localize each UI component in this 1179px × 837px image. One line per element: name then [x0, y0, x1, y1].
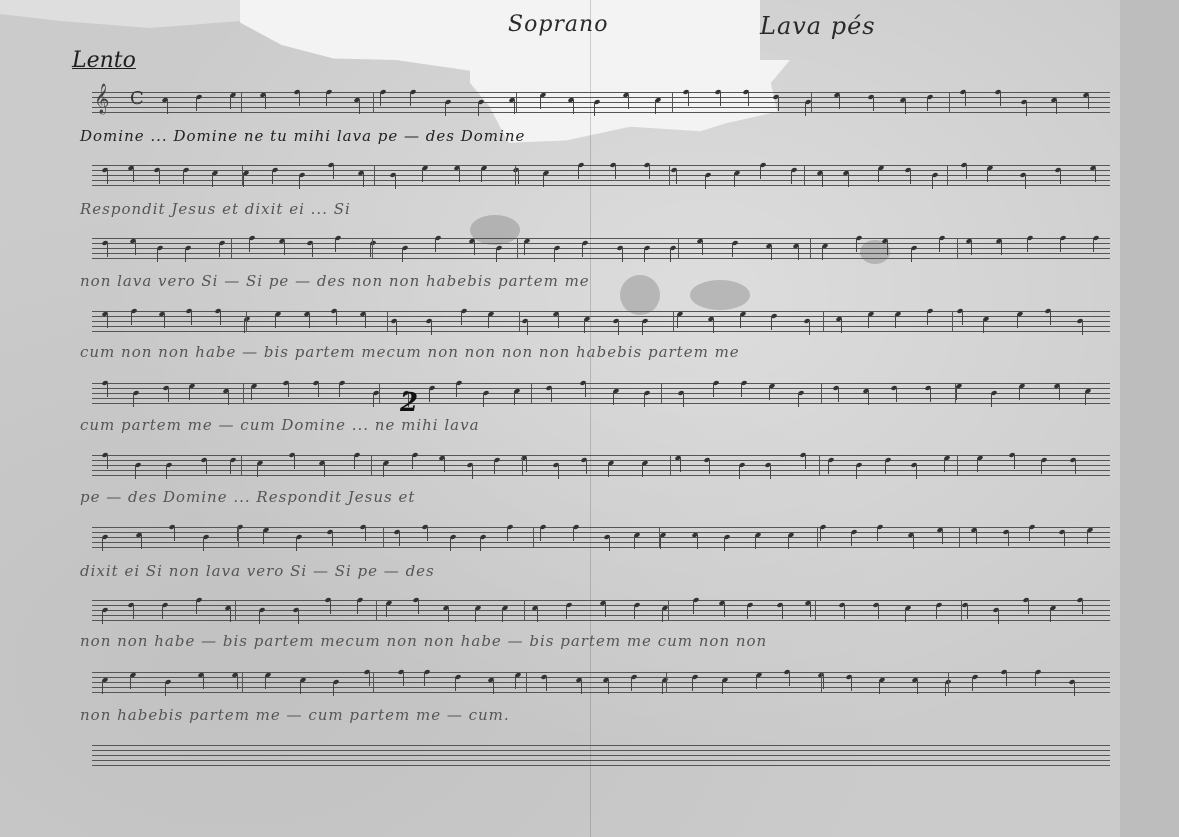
staff-5 — [92, 383, 1110, 403]
staff-line — [92, 692, 1110, 693]
note-stem — [1064, 532, 1065, 546]
note-stem — [878, 605, 879, 619]
note-stem — [713, 319, 714, 333]
note-stem — [740, 314, 741, 328]
note-stem — [365, 314, 366, 328]
note-stem — [475, 608, 476, 622]
note-stem — [203, 537, 204, 551]
barline — [666, 672, 667, 693]
lyric-line-5: cum partem me — cum Domine ... ne mihi l… — [80, 416, 480, 434]
barline — [242, 165, 243, 186]
note-stem — [399, 532, 400, 546]
note-stem — [911, 248, 912, 262]
staff-1: 𝄞C — [92, 92, 1110, 112]
note-stem — [844, 605, 845, 619]
note-stem — [102, 610, 103, 624]
note-stem — [424, 672, 425, 686]
note-stem — [856, 238, 857, 252]
note-stem — [962, 311, 963, 325]
staff-line — [92, 537, 1110, 538]
barline — [246, 311, 247, 332]
note-stem — [403, 672, 404, 686]
lyric-line-4: cum non non habe — bis partem mecum non … — [80, 343, 740, 361]
note-stem — [936, 605, 937, 619]
note-stem — [107, 455, 108, 469]
barline — [241, 92, 242, 113]
note-stem — [756, 675, 757, 689]
note-stem — [769, 386, 770, 400]
staff-line — [92, 107, 1110, 108]
note-stem — [791, 170, 792, 184]
note-stem — [418, 600, 419, 614]
staff-line — [92, 102, 1110, 103]
note-stem — [942, 530, 943, 544]
note-stem — [383, 463, 384, 477]
barline — [235, 600, 236, 621]
note-stem — [705, 175, 706, 189]
note-stem — [496, 248, 497, 262]
note-stem — [688, 92, 689, 106]
note-stem — [474, 241, 475, 255]
note-stem — [203, 675, 204, 689]
note-stem — [448, 608, 449, 622]
note-stem — [1059, 386, 1060, 400]
staff-line — [92, 393, 1110, 394]
staff-line — [92, 165, 1110, 166]
note-stem — [1017, 314, 1018, 328]
barline — [661, 383, 662, 404]
note-stem — [265, 675, 266, 689]
note-stem — [410, 92, 411, 106]
note-stem — [660, 535, 661, 549]
note-stem — [206, 460, 207, 474]
note-stem — [868, 314, 869, 328]
staff-line — [92, 755, 1110, 756]
note-stem — [450, 537, 451, 551]
note-stem — [363, 173, 364, 187]
note-stem — [778, 97, 779, 111]
note-stem — [971, 241, 972, 255]
lyric-line-1: Domine ... Domine ne tu mihi lava pe — d… — [80, 127, 525, 145]
staff-line — [92, 672, 1110, 673]
note-stem — [288, 383, 289, 397]
note-stem — [724, 537, 725, 551]
note-stem — [755, 535, 756, 549]
note-stem — [230, 608, 231, 622]
note-stem — [693, 600, 694, 614]
note-stem — [373, 393, 374, 407]
ink-stain — [690, 280, 750, 310]
note-stem — [573, 100, 574, 114]
note-stem — [257, 463, 258, 477]
note-stem — [1085, 391, 1086, 405]
staff-line — [92, 745, 1110, 746]
note-stem — [514, 391, 515, 405]
note-stem — [930, 388, 931, 402]
lyric-line-2: Respondit Jesus et dixit ei ... Si — [80, 200, 351, 218]
note-stem — [515, 675, 516, 689]
note-stem — [1000, 92, 1001, 106]
note-stem — [608, 463, 609, 477]
note-stem — [734, 173, 735, 187]
part-name: Soprano — [508, 12, 608, 37]
note-stem — [585, 383, 586, 397]
note-stem — [822, 173, 823, 187]
note-stem — [220, 311, 221, 325]
note-stem — [618, 321, 619, 335]
note-stem — [702, 241, 703, 255]
note-stem — [336, 311, 337, 325]
staff-line — [92, 180, 1110, 181]
note-stem — [237, 675, 238, 689]
note-stem — [1001, 241, 1002, 255]
note-stem — [481, 168, 482, 182]
note-stem — [558, 465, 559, 479]
barline — [949, 92, 950, 113]
note-stem — [1093, 238, 1094, 252]
note-stem — [480, 537, 481, 551]
note-stem — [300, 680, 301, 694]
barline — [238, 527, 239, 548]
note-stem — [998, 610, 999, 624]
note-stem — [741, 383, 742, 397]
note-stem — [828, 460, 829, 474]
note-stem — [732, 243, 733, 257]
note-stem — [330, 600, 331, 614]
note-stem — [370, 243, 371, 257]
note-stem — [887, 241, 888, 255]
note-stem — [983, 319, 984, 333]
barline — [526, 672, 527, 693]
note-stem — [573, 527, 574, 541]
note-stem — [354, 455, 355, 469]
note-stem — [275, 314, 276, 328]
note-stem — [365, 527, 366, 541]
tempo-marking: Lento — [72, 48, 136, 73]
barline — [959, 527, 960, 548]
note-stem — [670, 248, 671, 262]
staff-line — [92, 398, 1110, 399]
barline — [519, 311, 520, 332]
note-stem — [578, 165, 579, 179]
barline — [242, 672, 243, 693]
note-stem — [558, 314, 559, 328]
staff-line — [92, 542, 1110, 543]
note-stem — [1056, 100, 1057, 114]
note-stem — [1088, 95, 1089, 109]
note-stem — [896, 388, 897, 402]
note-stem — [502, 608, 503, 622]
staff-3 — [92, 238, 1110, 258]
note-stem — [265, 95, 266, 109]
note-stem — [649, 165, 650, 179]
note-stem — [966, 165, 967, 179]
note-stem — [455, 677, 456, 691]
note-stem — [431, 321, 432, 335]
lyric-line-8: non non habe — bis partem mecum non non … — [80, 632, 767, 650]
note-stem — [551, 388, 552, 402]
note-stem — [107, 383, 108, 397]
barline — [371, 455, 372, 476]
note-stem — [1082, 600, 1083, 614]
note-stem — [848, 173, 849, 187]
note-stem — [939, 238, 940, 252]
torn-paper-hole — [470, 60, 790, 175]
note-stem — [1027, 238, 1028, 252]
staff-9 — [92, 672, 1110, 692]
barline — [376, 600, 377, 621]
note-stem — [747, 605, 748, 619]
note-stem — [527, 321, 528, 335]
note-stem — [333, 165, 334, 179]
note-stem — [107, 314, 108, 328]
note-stem — [851, 677, 852, 691]
note-stem — [582, 243, 583, 257]
barline — [522, 455, 523, 476]
note-stem — [135, 241, 136, 255]
note-stem — [102, 537, 103, 551]
note-stem — [1014, 455, 1015, 469]
barline — [821, 672, 822, 693]
barline — [515, 165, 516, 186]
note-stem — [692, 677, 693, 691]
note-stem — [605, 603, 606, 617]
barline — [817, 527, 818, 548]
note-stem — [478, 102, 479, 116]
staff-8 — [92, 600, 1110, 620]
note-stem — [839, 95, 840, 109]
staff-line — [92, 682, 1110, 683]
barline — [524, 600, 525, 621]
note-stem — [991, 393, 992, 407]
note-stem — [131, 311, 132, 325]
note-stem — [445, 102, 446, 116]
staff-line — [92, 610, 1110, 611]
note-stem — [1075, 460, 1076, 474]
note-stem — [932, 175, 933, 189]
note-stem — [628, 95, 629, 109]
note-stem — [326, 92, 327, 106]
note-stem — [543, 173, 544, 187]
barline — [241, 455, 242, 476]
note-stem — [244, 319, 245, 333]
note-stem — [680, 458, 681, 472]
note-stem — [249, 238, 250, 252]
note-stem — [584, 319, 585, 333]
lyric-line-7: dixit ei Si non lava vero Si — Si pe — d… — [80, 562, 435, 580]
note-stem — [435, 238, 436, 252]
note-stem — [1050, 311, 1051, 325]
barline — [243, 383, 244, 404]
note-stem — [165, 682, 166, 696]
note-stem — [782, 605, 783, 619]
note-stem — [1025, 175, 1026, 189]
note-stem — [259, 610, 260, 624]
barline — [815, 600, 816, 621]
note-stem — [822, 246, 823, 260]
note-stem — [518, 170, 519, 184]
note-stem — [369, 672, 370, 686]
barline — [531, 383, 532, 404]
note-stem — [1041, 460, 1042, 474]
note-stem — [357, 600, 358, 614]
note-stem — [634, 605, 635, 619]
note-stem — [608, 680, 609, 694]
note-stem — [677, 314, 678, 328]
note-stem — [219, 243, 220, 257]
note-stem — [581, 680, 582, 694]
barline — [373, 92, 374, 113]
barline — [516, 92, 517, 113]
barline — [948, 672, 949, 693]
barline — [821, 383, 822, 404]
note-stem — [856, 465, 857, 479]
note-stem — [540, 527, 541, 541]
note-stem — [823, 675, 824, 689]
note-stem — [162, 605, 163, 619]
note-stem — [299, 175, 300, 189]
staff-7 — [92, 527, 1110, 547]
note-stem — [956, 386, 957, 400]
staff-6 — [92, 455, 1110, 475]
note-stem — [526, 458, 527, 472]
note-stem — [359, 100, 360, 114]
lyric-line-9: non habebis partem me — cum partem me — … — [80, 706, 510, 724]
staff-line — [92, 750, 1110, 751]
note-stem — [318, 383, 319, 397]
staff-line — [92, 403, 1110, 404]
note-stem — [642, 463, 643, 477]
note-stem — [631, 677, 632, 691]
barline — [810, 238, 811, 259]
note-stem — [944, 458, 945, 472]
staff-line — [92, 687, 1110, 688]
staff-line — [92, 677, 1110, 678]
barline — [373, 672, 374, 693]
note-stem — [885, 460, 886, 474]
note-stem — [107, 243, 108, 257]
note-stem — [332, 532, 333, 546]
note-stem — [594, 102, 595, 116]
barline — [659, 527, 660, 548]
note-stem — [760, 165, 761, 179]
note-stem — [167, 100, 168, 114]
note-stem — [294, 455, 295, 469]
lyric-line-6: pe — des Domine ... Respondit Jesus et — [80, 488, 415, 506]
note-stem — [133, 168, 134, 182]
note-stem — [1082, 321, 1083, 335]
note-stem — [613, 391, 614, 405]
note-stem — [976, 530, 977, 544]
note-stem — [380, 92, 381, 106]
note-stem — [927, 311, 928, 325]
note-stem — [913, 535, 914, 549]
note-stem — [299, 92, 300, 106]
note-stem — [141, 535, 142, 549]
note-stem — [722, 680, 723, 694]
note-stem — [189, 386, 190, 400]
staff-line — [92, 92, 1110, 93]
note-stem — [1019, 386, 1020, 400]
note-stem — [185, 248, 186, 262]
note-stem — [662, 680, 663, 694]
note-stem — [493, 680, 494, 694]
note-stem — [228, 391, 229, 405]
note-stem — [805, 102, 806, 116]
note-stem — [459, 168, 460, 182]
staff-line — [92, 765, 1110, 766]
note-stem — [133, 393, 134, 407]
note-stem — [798, 246, 799, 260]
note-stem — [174, 527, 175, 541]
note-stem — [102, 680, 103, 694]
barline — [231, 238, 232, 259]
note-stem — [709, 460, 710, 474]
note-stem — [873, 97, 874, 111]
barline — [387, 311, 388, 332]
ink-stain — [620, 275, 660, 315]
note-stem — [157, 248, 158, 262]
note-stem — [851, 532, 852, 546]
note-stem — [537, 608, 538, 622]
note-stem — [324, 463, 325, 477]
note-stem — [916, 465, 917, 479]
staff-line — [92, 532, 1110, 533]
note-stem — [789, 672, 790, 686]
note-stem — [1035, 672, 1036, 686]
note-stem — [905, 100, 906, 114]
note-stem — [130, 675, 131, 689]
note-stem — [230, 95, 231, 109]
note-stem — [133, 605, 134, 619]
note-stem — [724, 603, 725, 617]
note-stem — [243, 173, 244, 187]
note-stem — [820, 527, 821, 541]
barline — [811, 92, 812, 113]
note-stem — [770, 465, 771, 479]
note-stem — [810, 603, 811, 617]
note-stem — [1006, 672, 1007, 686]
rehearsal-mark: 2 — [400, 388, 418, 418]
note-stem — [309, 314, 310, 328]
note-stem — [514, 100, 515, 114]
note-stem — [965, 92, 966, 106]
paper-right-edge — [1120, 0, 1179, 837]
note-stem — [472, 465, 473, 479]
note-stem — [488, 314, 489, 328]
note-stem — [183, 170, 184, 184]
staff-line — [92, 112, 1110, 113]
note-stem — [494, 460, 495, 474]
note-stem — [263, 530, 264, 544]
note-stem — [868, 391, 869, 405]
note-stem — [809, 321, 810, 335]
note-stem — [402, 248, 403, 262]
sheet-music-page: Soprano Lava pés Lento 𝄞C 2 Domine ... D… — [0, 0, 1179, 837]
note-stem — [284, 241, 285, 255]
staff-line — [92, 620, 1110, 621]
note-stem — [655, 100, 656, 114]
barline — [517, 238, 518, 259]
note-stem — [196, 97, 197, 111]
note-stem — [905, 608, 906, 622]
note-stem — [972, 677, 973, 691]
treble-clef-icon: 𝄞 — [94, 86, 109, 112]
barline — [819, 455, 820, 476]
staff-line — [92, 97, 1110, 98]
note-stem — [895, 314, 896, 328]
note-stem — [713, 383, 714, 397]
